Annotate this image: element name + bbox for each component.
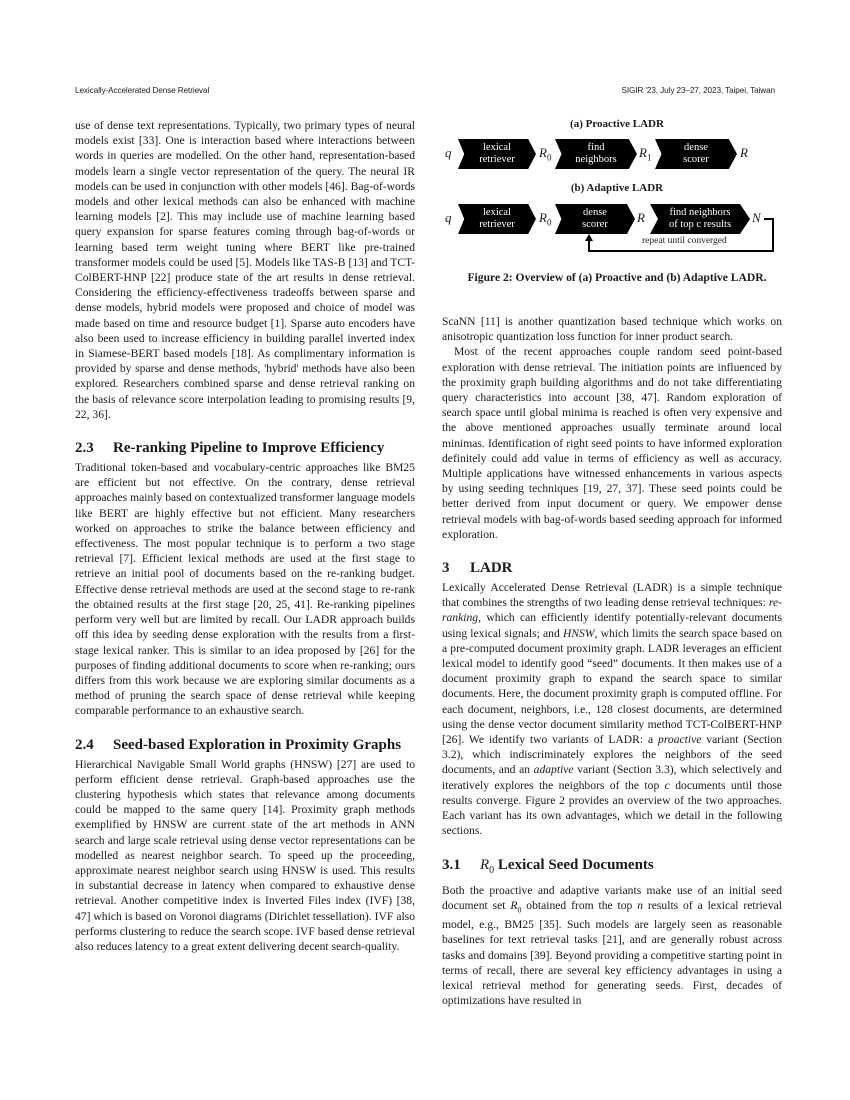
box-label: scorer: [683, 154, 709, 166]
box-label: retriever: [479, 154, 515, 166]
section-heading-3: 3LADR: [442, 559, 782, 577]
section-title: Re-ranking Pipeline to Improve Efficienc…: [113, 440, 384, 456]
emphasis: proactive: [658, 733, 701, 746]
box-label: find neighbors: [670, 207, 731, 219]
emphasis: HNSW: [563, 627, 595, 640]
box-find-neighbors-top-c: find neighbors of top c results: [650, 204, 750, 234]
paragraph-recent-approaches: Most of the recent approaches couple ran…: [442, 344, 782, 542]
paragraph-intro: use of dense text representations. Typic…: [75, 118, 415, 422]
box-label: of top c results: [669, 219, 731, 231]
box-label: lexical: [483, 207, 511, 219]
subscript: 0: [547, 153, 552, 163]
paragraph-scann: ScaNN [11] is another quantization based…: [442, 314, 782, 344]
box-dense-scorer: dense scorer: [555, 204, 635, 234]
section-heading-2-3: 2.3Re-ranking Pipeline to Improve Effici…: [75, 439, 415, 457]
figure-subtitle-b: (b) Adaptive LADR: [442, 182, 792, 194]
text: results of a lexical retrieval model, e.…: [442, 899, 782, 1008]
section-symbol: R: [480, 857, 489, 873]
emphasis: adaptive: [534, 763, 574, 776]
symbol-r: R: [637, 210, 645, 226]
figure-caption: Figure 2: Overview of (a) Proactive and …: [442, 271, 792, 284]
section-number: 3.1: [442, 856, 480, 874]
section-heading-2-4: 2.4Seed-based Exploration in Proximity G…: [75, 736, 415, 754]
paragraph-section-3: Lexically Accelerated Dense Retrieval (L…: [442, 580, 782, 838]
box-label: dense: [583, 207, 607, 219]
subscript: 0: [547, 218, 552, 228]
box-label: dense: [684, 142, 708, 154]
section-title: Lexical Seed Documents: [494, 857, 654, 873]
symbol-r: R: [740, 145, 748, 161]
right-column: (a) Proactive LADR q lexical retriever R…: [442, 114, 782, 1008]
symbol-r0: R0: [539, 145, 551, 163]
symbol: R: [539, 210, 547, 225]
symbol-q: q: [445, 145, 452, 161]
section-heading-3-1: 3.1R0 Lexical Seed Documents: [442, 856, 782, 880]
figure-subtitle-a: (a) Proactive LADR: [442, 118, 792, 130]
box-find-neighbors: find neighbors: [555, 139, 637, 169]
arrow-up-icon: [585, 234, 593, 241]
symbol-q: q: [445, 210, 452, 226]
paragraph-section-2-3: Traditional token-based and vocabulary-c…: [75, 460, 415, 718]
loop-line-bottom: [588, 250, 774, 252]
symbol-n: N: [752, 210, 761, 226]
box-label: neighbors: [575, 154, 616, 166]
section-title: LADR: [470, 560, 513, 576]
box-lexical-retriever: lexical retriever: [458, 139, 536, 169]
box-lexical-retriever: lexical retriever: [458, 204, 536, 234]
box-label: scorer: [582, 219, 608, 231]
text: Lexically Accelerated Dense Retrieval (L…: [442, 581, 782, 609]
running-header-venue: SIGIR '23, July 23–27, 2023, Taipei, Tai…: [621, 86, 775, 95]
box-label: lexical: [483, 142, 511, 154]
text: obtained from the top: [521, 899, 637, 912]
box-label: find: [588, 142, 605, 154]
text: , which limits the search space based on…: [442, 627, 782, 746]
section-number: 2.3: [75, 439, 113, 457]
subscript: 1: [647, 153, 652, 163]
box-dense-scorer: dense scorer: [655, 139, 737, 169]
box-label: retriever: [479, 219, 515, 231]
symbol-r1: R1: [639, 145, 651, 163]
section-number: 3: [442, 559, 470, 577]
running-header: Lexically-Accelerated Dense Retrieval SI…: [75, 86, 775, 95]
loop-label: repeat until converged: [642, 236, 727, 246]
symbol: R: [539, 145, 547, 160]
section-title: Seed-based Exploration in Proximity Grap…: [113, 737, 401, 753]
loop-line-right: [772, 218, 774, 252]
running-header-title: Lexically-Accelerated Dense Retrieval: [75, 86, 209, 95]
symbol: R: [639, 145, 647, 160]
paragraph-section-2-4: Hierarchical Navigable Small World graph…: [75, 757, 415, 955]
left-column: use of dense text representations. Typic…: [75, 118, 415, 954]
paragraph-section-3-1: Both the proactive and adaptive variants…: [442, 883, 782, 1009]
figure-2: (a) Proactive LADR q lexical retriever R…: [442, 114, 792, 299]
section-number: 2.4: [75, 736, 113, 754]
symbol-r0: R0: [539, 210, 551, 228]
